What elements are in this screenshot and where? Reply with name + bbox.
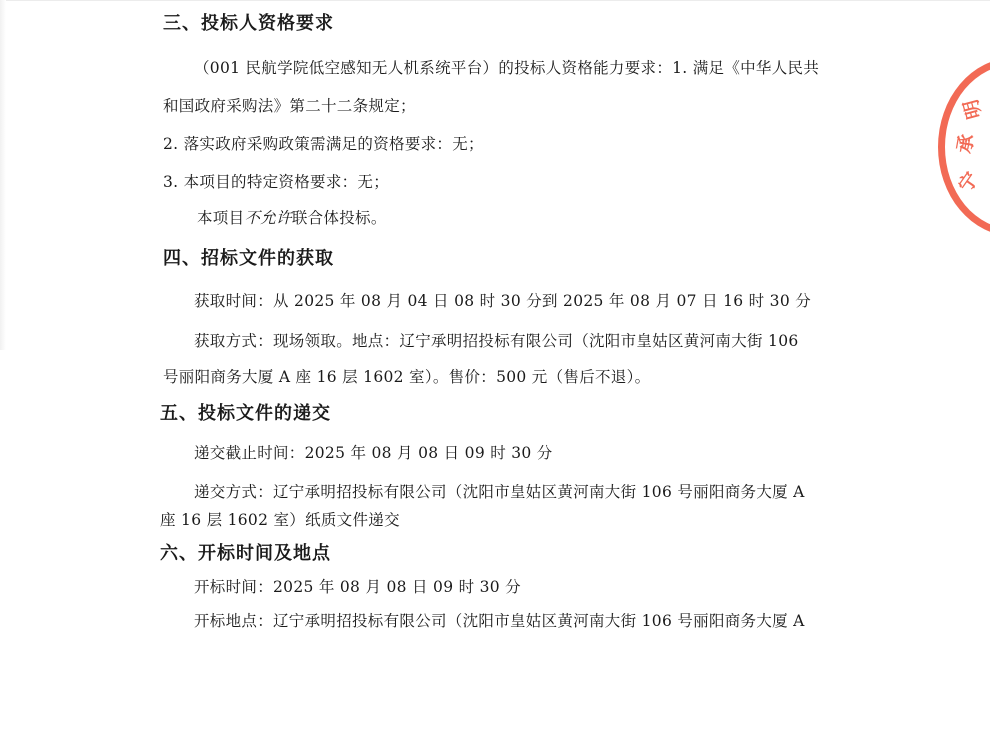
paragraph-qualification-intro-cont: 和国政府采购法》第二十二条规定； [163,94,416,116]
section-heading-qualification: 三、投标人资格要求 [163,9,334,35]
document-page: 三、投标人资格要求 （001 民航学院低空感知无人机系统平台）的投标人资格能力要… [0,0,990,755]
paragraph-submission-deadline: 递交截止时间：2025 年 08 月 08 日 09 时 30 分 [194,441,553,463]
paragraph-opening-location: 开标地点：辽宁承明招投标有限公司（沈阳市皇姑区黄河南大街 106 号丽阳商务大厦… [194,609,805,631]
consortium-emphasis: 不允许 [244,209,291,227]
scan-top-edge [0,0,990,1]
consortium-prefix: 本项目 [197,209,244,227]
consortium-suffix: 联合体投标。 [292,209,387,227]
paragraph-qualification-intro: （001 民航学院低空感知无人机系统平台）的投标人资格能力要求：1. 满足《中华… [194,56,819,78]
paragraph-obtain-method-cont: 号丽阳商务大厦 A 座 16 层 1602 室）。售价：500 元（售后不退）。 [163,365,650,387]
paragraph-specific-requirement: 3. 本项目的特定资格要求：无； [163,170,389,192]
paragraph-opening-time: 开标时间：2025 年 08 月 08 日 09 时 30 分 [194,575,521,597]
section-heading-bid-opening: 六、开标时间及地点 [160,539,331,565]
paragraph-obtain-method: 获取方式：现场领取。地点：辽宁承明招投标有限公司（沈阳市皇姑区黄河南大街 106 [194,329,799,351]
scan-left-edge [0,0,6,350]
paragraph-consortium: 本项目不允许联合体投标。 [197,206,387,228]
paragraph-submission-method-cont: 座 16 层 1602 室）纸质文件递交 [160,508,400,530]
section-heading-obtain-documents: 四、招标文件的获取 [163,244,334,270]
paragraph-submission-method: 递交方式：辽宁承明招投标有限公司（沈阳市皇姑区黄河南大街 106 号丽阳商务大厦… [194,480,805,502]
section-heading-submission: 五、投标文件的递交 [160,399,331,425]
paragraph-obtain-time: 获取时间：从 2025 年 08 月 04 日 08 时 30 分到 2025 … [194,289,811,311]
paragraph-policy-requirement: 2. 落实政府采购政策需满足的资格要求：无； [163,132,484,154]
